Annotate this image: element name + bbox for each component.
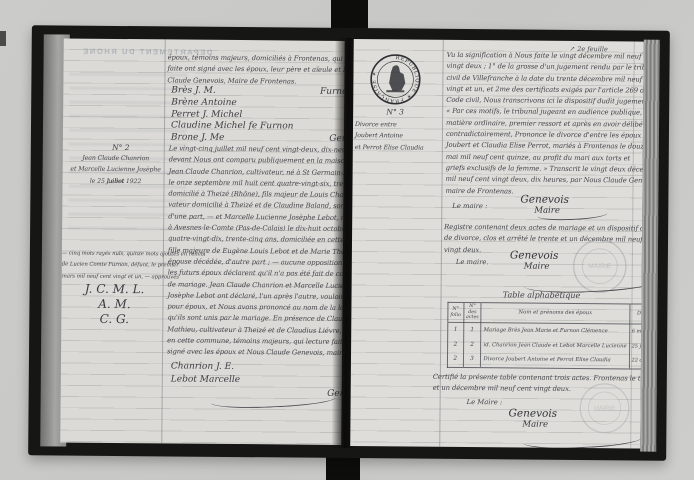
handwritten-line: signé avec les époux et Nous Claude Gene… (167, 347, 343, 360)
act-number: N° 3 (368, 107, 422, 116)
signature: Genevois (520, 194, 569, 205)
handwritten-line: les futurs époux déclarent qu'il n'a pas… (168, 268, 344, 281)
marriage-act-text: Le vingt-cinq juillet mil neuf cent ving… (167, 143, 345, 359)
seal-figure (389, 65, 405, 91)
table-body: 1 1 Mariage Brès Jean Marie et Furnon Cl… (447, 322, 643, 369)
scan-edge-artifact-left (0, 31, 6, 46)
margin-note-line: et Marcelle Lucienne Josèphe Lebot (65, 164, 167, 176)
cell-acte: 2 (463, 338, 481, 353)
handwritten-line: faite ont signé avec les époux, leur pèr… (167, 64, 344, 77)
initials-line: C. G. (71, 312, 157, 328)
mayor-signature: Genevois Maire (508, 408, 557, 430)
margin-note-line: Joubert Antoine (355, 130, 441, 142)
cell-noms: Mariage Brès Jean Marie et Furnon Clémen… (481, 323, 629, 339)
republique-francaise-seal: RÉPUBLIQUE ✶ FRANÇAISE ✶ (368, 52, 422, 106)
margin-note-line: le 25 juillet 1922 (64, 175, 166, 187)
act-continuation-text: époux, témoins majeurs, domiciliés à Fro… (167, 52, 344, 87)
cell-folio: 2 (448, 337, 464, 352)
signature-row: Lebot Marcelle Liévre (171, 374, 345, 389)
margin-note-line: Jean Claude Chanrion (65, 153, 167, 165)
mairie-stamp-faint: MAIRIE (571, 237, 630, 296)
cell-noms: id. Chanrion Jean Claude et Lebot Marcel… (481, 338, 629, 354)
divorce-margin-note: Divorce entreJoubert Antoineet Perrot El… (355, 119, 441, 154)
amendment-initials: J. C. M. L.A. M.C. G. (71, 282, 157, 328)
stamp-label: MAIRIE (594, 405, 616, 412)
le-maire-label: Le maire : (452, 202, 487, 210)
signature: Claudine Michel fe Furnon (171, 121, 294, 134)
initials-line: A. M. (71, 297, 157, 313)
act-number: N° 2 (89, 143, 153, 153)
signature: Genevois (510, 250, 559, 261)
signature: Maire (522, 420, 557, 431)
column-header: N° des actes (463, 303, 481, 323)
signature: Chanrion J. E. (171, 361, 234, 375)
cell-acte: 3 (463, 352, 481, 367)
cell-noms: Divorce Joubert Antoine et Perrot Elise … (481, 352, 629, 368)
scanned-register-photo: DEPARTEMENT DU RHONE époux, témoins maje… (0, 0, 694, 480)
stamp-label: MAIRIE (588, 263, 612, 270)
table-header: N° folio N° des actes Nom et prénoms des… (448, 302, 644, 324)
cell-folio: 2 (447, 352, 463, 367)
initials-line: J. C. M. L. (72, 282, 158, 298)
handwritten-line: devant Nous ont comparu publiquement en … (169, 155, 345, 168)
mayor-signature: Genevois Maire (510, 250, 559, 272)
margin-note-line: Divorce entre (355, 119, 441, 131)
le-maire-label: Le Maire : (467, 398, 503, 406)
column-header: N° folio (448, 302, 464, 322)
cell-acte: 1 (463, 323, 481, 338)
witness-signature-block: Brès J. M. Furnon Clémence Brène Antoine… (171, 85, 345, 146)
le-maire-label: Le maire. (456, 258, 489, 266)
table-title: Table alphabétique (462, 290, 622, 300)
table-row: 2 3 Divorce Joubert Antoine et Perrot El… (447, 352, 643, 369)
alphabetical-table: N° folio N° des actes Nom et prénoms des… (447, 302, 644, 370)
margin-note-line: et Perrot Elise Claudia (355, 142, 441, 154)
signature: Brène Antoine (171, 97, 237, 109)
signature: Lebot Marcelle (171, 374, 240, 388)
signature: Brès J. M. (171, 85, 216, 97)
cell-folio: 1 (448, 322, 464, 337)
signature: Perret J. Michel (171, 109, 242, 121)
left-page: DEPARTEMENT DU RHONE époux, témoins maje… (60, 39, 345, 445)
register-book: DEPARTEMENT DU RHONE époux, témoins maje… (28, 25, 670, 461)
mairie-stamp-faint: MAIRIE (577, 381, 631, 435)
amendment-line: de Lucien Comte Furnon, défunt, le premi… (62, 260, 168, 272)
signature: Genevois (508, 408, 557, 419)
divorce-transcription-text: Vu la signification à Nous faite le ving… (445, 50, 640, 199)
column-header: Nom et prénoms des époux (481, 303, 629, 324)
amendment-line: — cinq mots rayés nuls, quinze mots ajou… (62, 248, 168, 260)
right-page: ↗ 2e feuille RÉPUBLIQUE ✶ FRANÇAISE ✶ N°… (350, 39, 644, 449)
signature: Maire (524, 262, 559, 273)
act-margin-note: Jean Claude Chanrionet Marcelle Lucienne… (64, 153, 166, 188)
amendment-note: — cinq mots rayés nuls, quinze mots ajou… (62, 248, 168, 283)
